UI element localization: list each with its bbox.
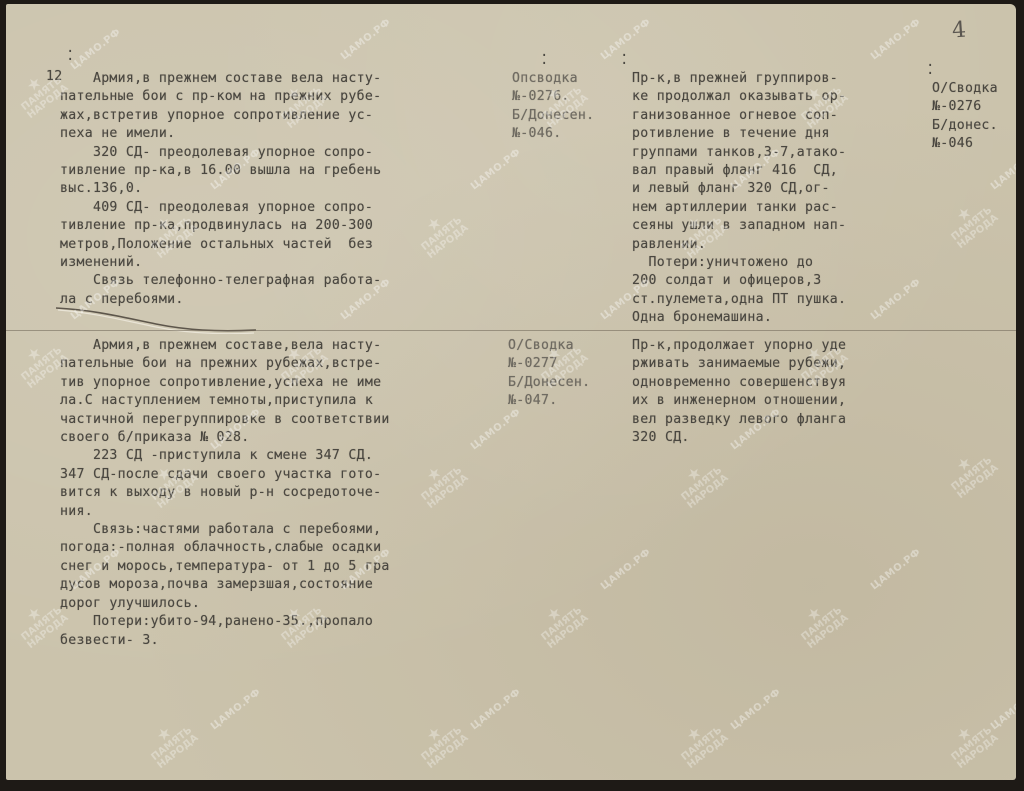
archival-document-page: 4 ·· ·· ·· ·· 12 Армия,в прежнем составе… [6, 4, 1016, 780]
typed-line: 320 СД- преодолевая упорное сопро- [60, 144, 381, 162]
typed-line: их в инженерном отношении, [632, 392, 846, 410]
watermark-site: ЦАМО.РФ [729, 687, 783, 733]
watermark-pamyat-naroda: ★ПАМЯТЬНАРОДА [940, 193, 1000, 251]
section2-army-report: Армия,в прежнем составе,вела насту-пател… [60, 337, 390, 650]
watermark-site: ЦАМО.РФ [869, 547, 923, 593]
watermark-site: ЦАМО.РФ [469, 147, 523, 193]
typed-line: №-046 [932, 135, 998, 153]
star-icon: ★ [940, 443, 988, 486]
watermark-pamyat-naroda: ★ПАМЯТЬНАРОДА [940, 713, 1000, 771]
typed-line: ганизованное огневое соп- [632, 107, 846, 125]
typed-line: дорог улучшилось. [60, 595, 390, 613]
typed-line: О/Сводка [932, 80, 998, 98]
watermark-site: ЦАМО.РФ [989, 687, 1016, 733]
typed-line: пеха не имели. [60, 125, 381, 143]
watermark-site: ЦАМО.РФ [469, 687, 523, 733]
typed-line: одновременно совершенствуя [632, 374, 846, 392]
typed-line: О/Сводка [508, 337, 590, 355]
typed-line: пательные бои с пр-ком на прежних рубе- [60, 88, 381, 106]
section2-enemy-report: Пр-к,продолжает упорно удерживать занима… [632, 337, 846, 447]
typed-line: ния. [60, 503, 390, 521]
watermark-site: ЦАМО.РФ [209, 687, 263, 733]
typed-line: Связь телефонно-телеграфная работа- [60, 272, 381, 290]
typed-line: №-047. [508, 392, 590, 410]
watermark-pamyat-naroda: ★ПАМЯТЬНАРОДА [410, 713, 470, 771]
typed-line: Потери:уничтожено до [632, 254, 846, 272]
typed-line: тивление пр-ка,в 16.00 вышла на гребень [60, 162, 381, 180]
typed-line: Б/Донесен. [512, 107, 594, 125]
watermark-pamyat-naroda: ★ПАМЯТЬНАРОДА [410, 453, 470, 511]
star-icon: ★ [790, 593, 838, 636]
typed-line: и левый фланг 320 СД,ог- [632, 180, 846, 198]
watermark-pamyat-naroda: ★ПАМЯТЬНАРОДА [940, 443, 1000, 501]
typed-line: Армия,в прежнем составе вела насту- [60, 70, 381, 88]
section2-source-reference: О/Сводка№-0277Б/Донесен.№-047. [508, 337, 590, 411]
typed-line: ротивление в течение дня [632, 125, 846, 143]
typed-line: Опсводка [512, 70, 594, 88]
watermark-pamyat-naroda: ★ПАМЯТЬНАРОДА [530, 593, 590, 651]
section-divider [6, 330, 1016, 331]
watermark-pamyat-naroda: ★ПАМЯТЬНАРОДА [670, 453, 730, 511]
punch-dots: ·· [926, 62, 934, 78]
typed-line: 320 СД. [632, 429, 846, 447]
typed-line: Одна бронемашина. [632, 309, 846, 327]
star-icon: ★ [410, 203, 458, 246]
typed-line: выс.136,0. [60, 180, 381, 198]
typed-line: тив упорное сопротивление,успеха не име [60, 374, 390, 392]
section1-army-report: Армия,в прежнем составе вела насту-пател… [60, 70, 381, 309]
watermark-pamyat-naroda: ★ПАМЯТЬНАРОДА [410, 203, 470, 261]
star-icon: ★ [940, 713, 988, 756]
typed-line: равлении. [632, 236, 846, 254]
typed-line: ст.пулемета,одна ПТ пушка. [632, 291, 846, 309]
star-icon: ★ [670, 453, 718, 496]
star-icon: ★ [410, 713, 458, 756]
watermark-site: ЦАМО.РФ [869, 277, 923, 323]
punch-dots: ·· [540, 52, 548, 68]
star-icon: ★ [530, 593, 578, 636]
typed-line: 200 солдат и офицеров,3 [632, 272, 846, 290]
typed-line: ке продолжал оказывать ор- [632, 88, 846, 106]
typed-line: №-046. [512, 125, 594, 143]
watermark-pamyat-naroda: ★ПАМЯТЬНАРОДА [670, 713, 730, 771]
typed-line: 409 СД- преодолевая упорное сопро- [60, 199, 381, 217]
typed-line: погода:-полная облачность,слабые осадки [60, 539, 390, 557]
star-icon: ★ [10, 333, 58, 376]
punch-dots: ·· [66, 48, 74, 64]
handwritten-page-number: 4 [951, 18, 967, 44]
star-icon: ★ [10, 593, 58, 636]
section1-enemy-source-reference: О/Сводка№-0276Б/донес.№-046 [932, 80, 998, 154]
typed-line: тивление пр-ка,продвинулась на 200-300 [60, 217, 381, 235]
typed-line: дусов мороза,почва замерзшая,состояние [60, 576, 390, 594]
typed-line: №-0276 [932, 98, 998, 116]
typed-line: пательные бои на прежних рубежах,встре- [60, 355, 390, 373]
watermark-site: ЦАМО.РФ [599, 547, 653, 593]
typed-line: метров,Положение остальных частей без [60, 236, 381, 254]
typed-line: Пр-к,в прежней группиров- [632, 70, 846, 88]
typed-line: №-0277 [508, 355, 590, 373]
typed-line: Потери:убито-94,ранено-35.,пропало [60, 613, 390, 631]
typed-line: Связь:частями работала с перебоями, [60, 521, 390, 539]
typed-line: 347 СД-после сдачи своего участка гото- [60, 466, 390, 484]
typed-line: вал правый фланг 416 СД, [632, 162, 846, 180]
star-icon: ★ [410, 453, 458, 496]
watermark-site: ЦАМО.РФ [469, 407, 523, 453]
typed-line: ла.С наступлением темноты,приступила к [60, 392, 390, 410]
star-icon: ★ [940, 193, 988, 236]
typed-line: вел разведку левого фланга [632, 411, 846, 429]
typed-line: группами танков,3-7,атако- [632, 144, 846, 162]
typed-line: изменений. [60, 254, 381, 272]
punch-dots: ·· [620, 52, 628, 68]
watermark-pamyat-naroda: ★ПАМЯТЬНАРОДА [790, 593, 850, 651]
watermark-site: ЦАМО.РФ [869, 17, 923, 63]
typed-line: №-0276. [512, 88, 594, 106]
typed-line: Пр-к,продолжает упорно уде [632, 337, 846, 355]
watermark-pamyat-naroda: ★ПАМЯТЬНАРОДА [140, 713, 200, 771]
typed-line: вится к выходу в новый р-н сосредоточе- [60, 484, 390, 502]
star-icon: ★ [670, 713, 718, 756]
watermark-site: ЦАМО.РФ [69, 27, 123, 73]
typed-line: Б/донес. [932, 117, 998, 135]
typed-line: Армия,в прежнем составе,вела насту- [60, 337, 390, 355]
typed-line: нем артиллерии танки рас- [632, 199, 846, 217]
section1-source-reference: Опсводка№-0276.Б/Донесен.№-046. [512, 70, 594, 144]
typed-line: Б/Донесен. [508, 374, 590, 392]
section1-enemy-report: Пр-к,в прежней группиров-ке продолжал ок… [632, 70, 846, 328]
watermark-site: ЦАМО.РФ [339, 17, 393, 63]
typed-line: частичной перегруппировке в соответствии [60, 411, 390, 429]
typed-line: снег и морось,температура- от 1 до 5 гра [60, 558, 390, 576]
star-icon: ★ [140, 713, 188, 756]
typed-line: сеяны ушли в западном нап- [632, 217, 846, 235]
typed-line: 223 СД -приступила к смене 347 СД. [60, 447, 390, 465]
typed-line: жах,встретив упорное сопротивление ус- [60, 107, 381, 125]
typed-line: безвести- 3. [60, 632, 390, 650]
typed-line: своего б/приказа № 028. [60, 429, 390, 447]
typed-line: рживать занимаемые рубежи, [632, 355, 846, 373]
